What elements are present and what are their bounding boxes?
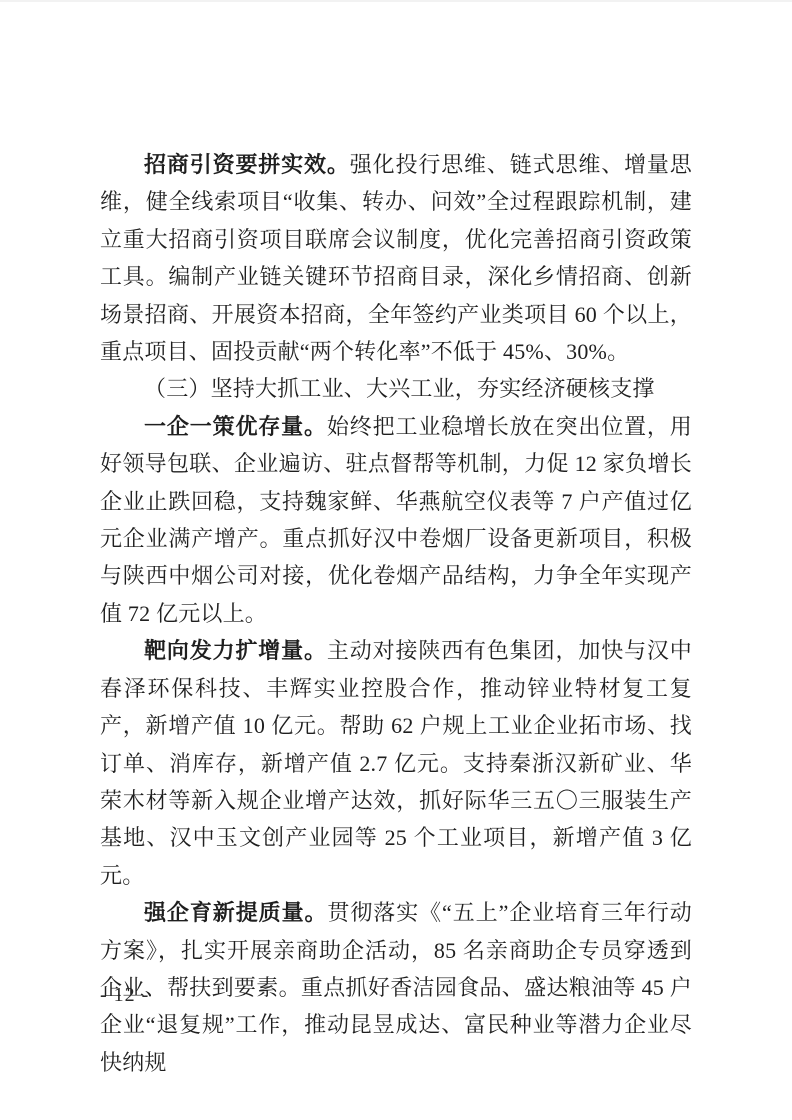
page-footer: - 12 - — [100, 984, 149, 1006]
section-heading: （三）坚持大抓工业、大兴工业，夯实经济硬核支撑 — [100, 370, 692, 407]
document-page: 招商引资要拼实效。强化投行思维、链式思维、增量思维，健全线索项目“收集、转办、问… — [0, 0, 792, 1120]
paragraph-lead: 一企一策优存量。 — [144, 414, 327, 439]
document-content: 招商引资要拼实效。强化投行思维、链式思维、增量思维，健全线索项目“收集、转办、问… — [100, 146, 692, 1081]
paragraph: 靶向发力扩增量。主动对接陕西有色集团，加快与汉中春泽环保科技、丰辉实业控股合作，… — [100, 632, 692, 894]
paragraph-text: 主动对接陕西有色集团，加快与汉中春泽环保科技、丰辉实业控股合作，推动锌业特材复工… — [100, 638, 692, 887]
paragraph: 强企育新提质量。贯彻落实《“五上”企业培育三年行动方案》，扎实开展亲商助企活动，… — [100, 894, 692, 1081]
page-number: - 12 - — [100, 984, 149, 1006]
paragraph: 招商引资要拼实效。强化投行思维、链式思维、增量思维，健全线索项目“收集、转办、问… — [100, 146, 692, 370]
paragraph-text: 贯彻落实《“五上”企业培育三年行动方案》，扎实开展亲商助企活动，85 名亲商助企… — [100, 900, 692, 1075]
paragraph-lead: 招商引资要拼实效。 — [144, 152, 350, 177]
paragraph-text: 强化投行思维、链式思维、增量思维，健全线索项目“收集、转办、问效”全过程跟踪机制… — [100, 152, 692, 364]
paragraph-text: 始终把工业稳增长放在突出位置，用好领导包联、企业遍访、驻点督帮等机制，力促 12… — [100, 414, 692, 626]
paragraph-lead: 强企育新提质量。 — [144, 900, 327, 925]
paragraph: 一企一策优存量。始终把工业稳增长放在突出位置，用好领导包联、企业遍访、驻点督帮等… — [100, 408, 692, 632]
paragraph-lead: 靶向发力扩增量。 — [144, 638, 327, 663]
